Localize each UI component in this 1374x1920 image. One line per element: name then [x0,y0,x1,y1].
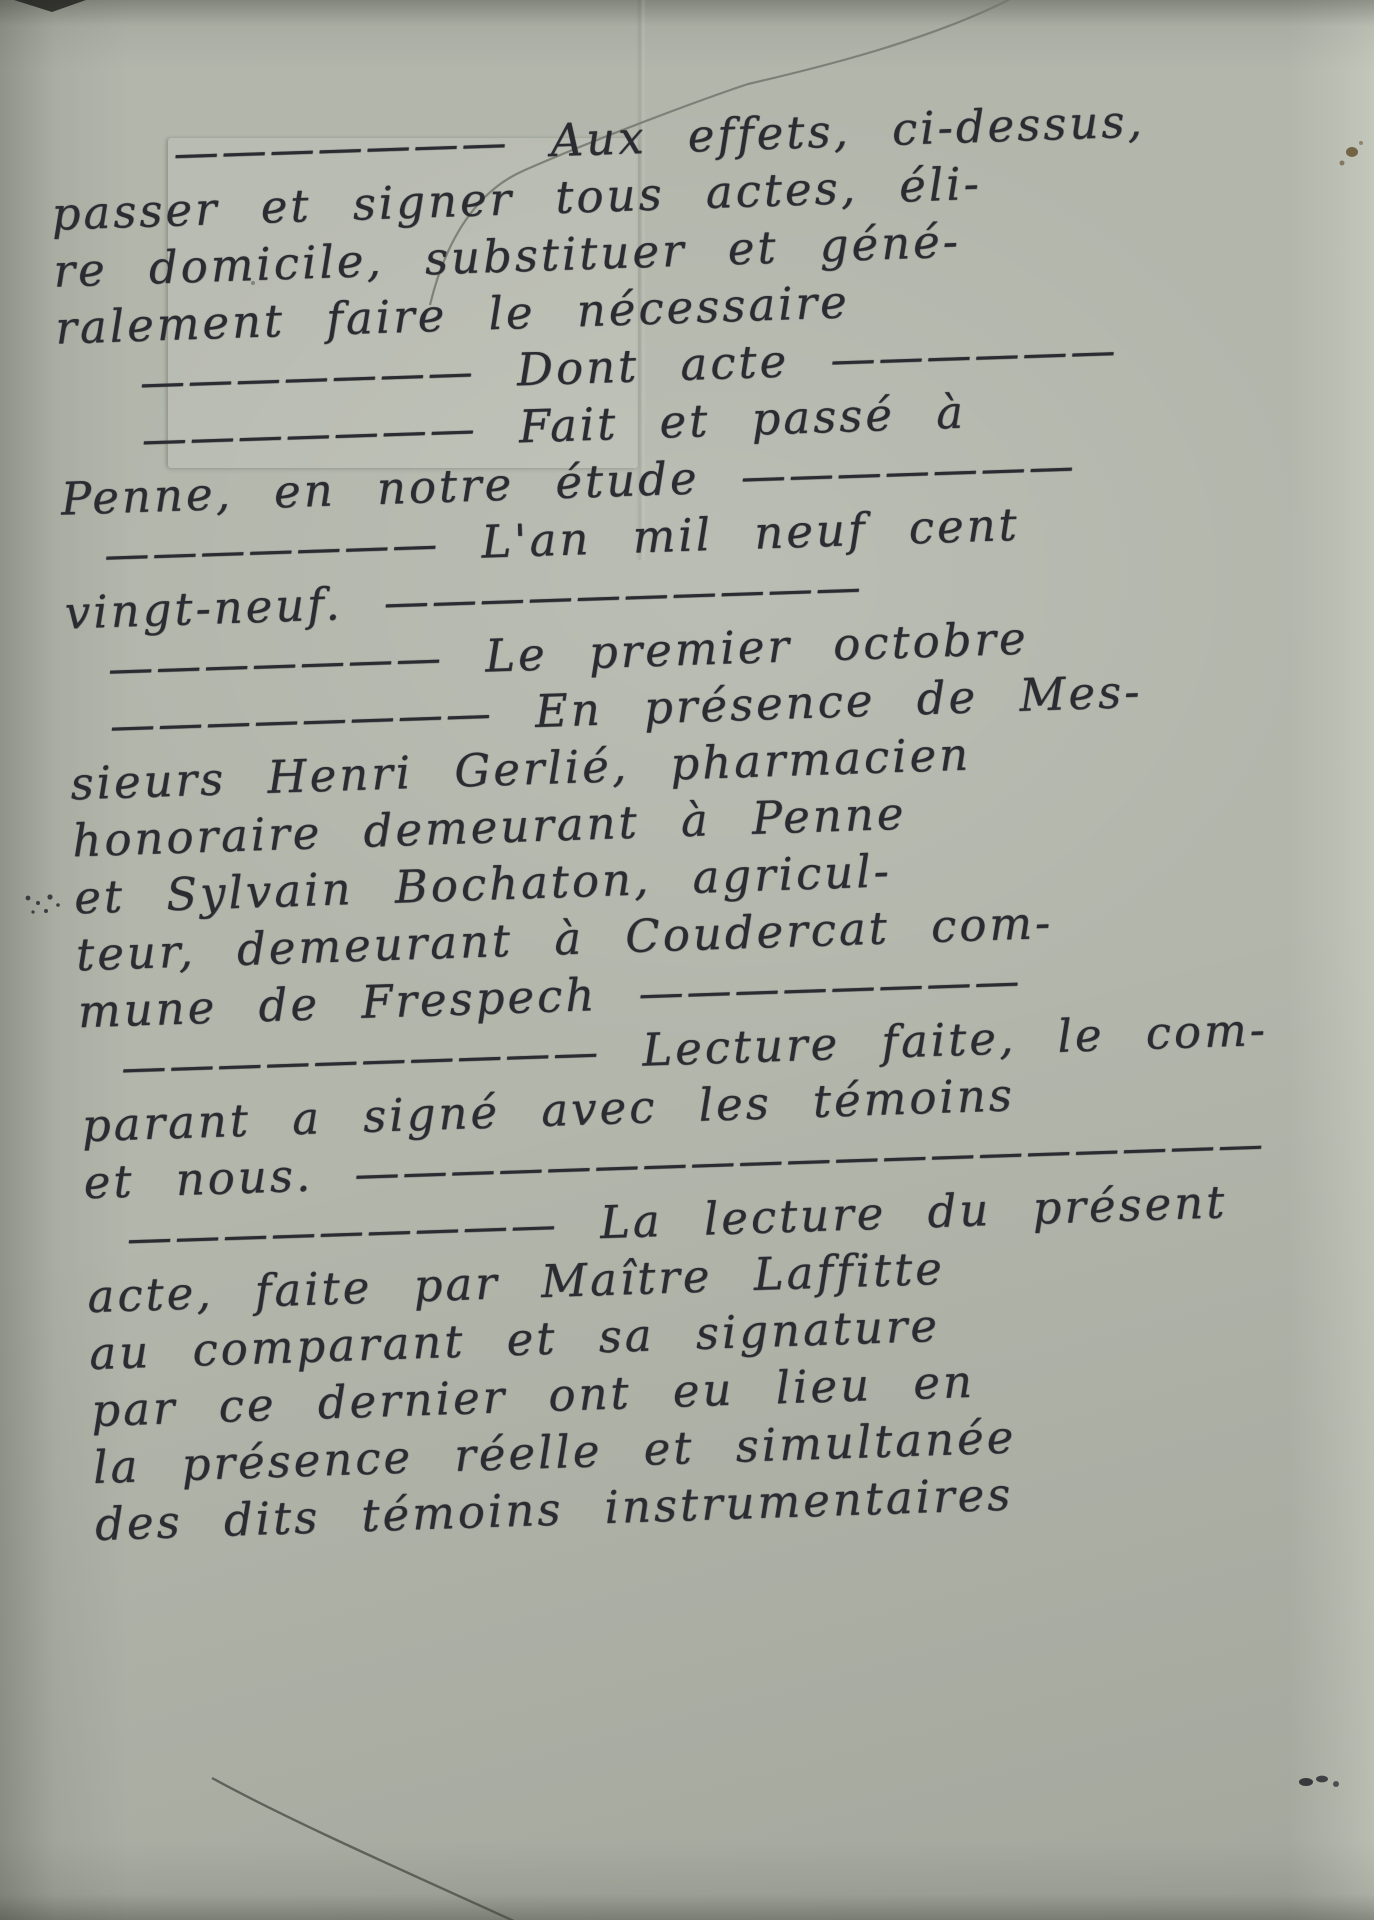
document-photo: ——————— Aux effets, ci-dessus,passer et … [0,0,1374,1920]
handwritten-text-block: ——————— Aux effets, ci-dessus,passer et … [49,89,1284,1553]
stain-spot [1340,141,1364,166]
edge-ink-marks [1299,1776,1339,1787]
top-edge-shadow [14,0,86,12]
ink-specks [26,894,60,913]
bottom-crease [212,1778,516,1920]
